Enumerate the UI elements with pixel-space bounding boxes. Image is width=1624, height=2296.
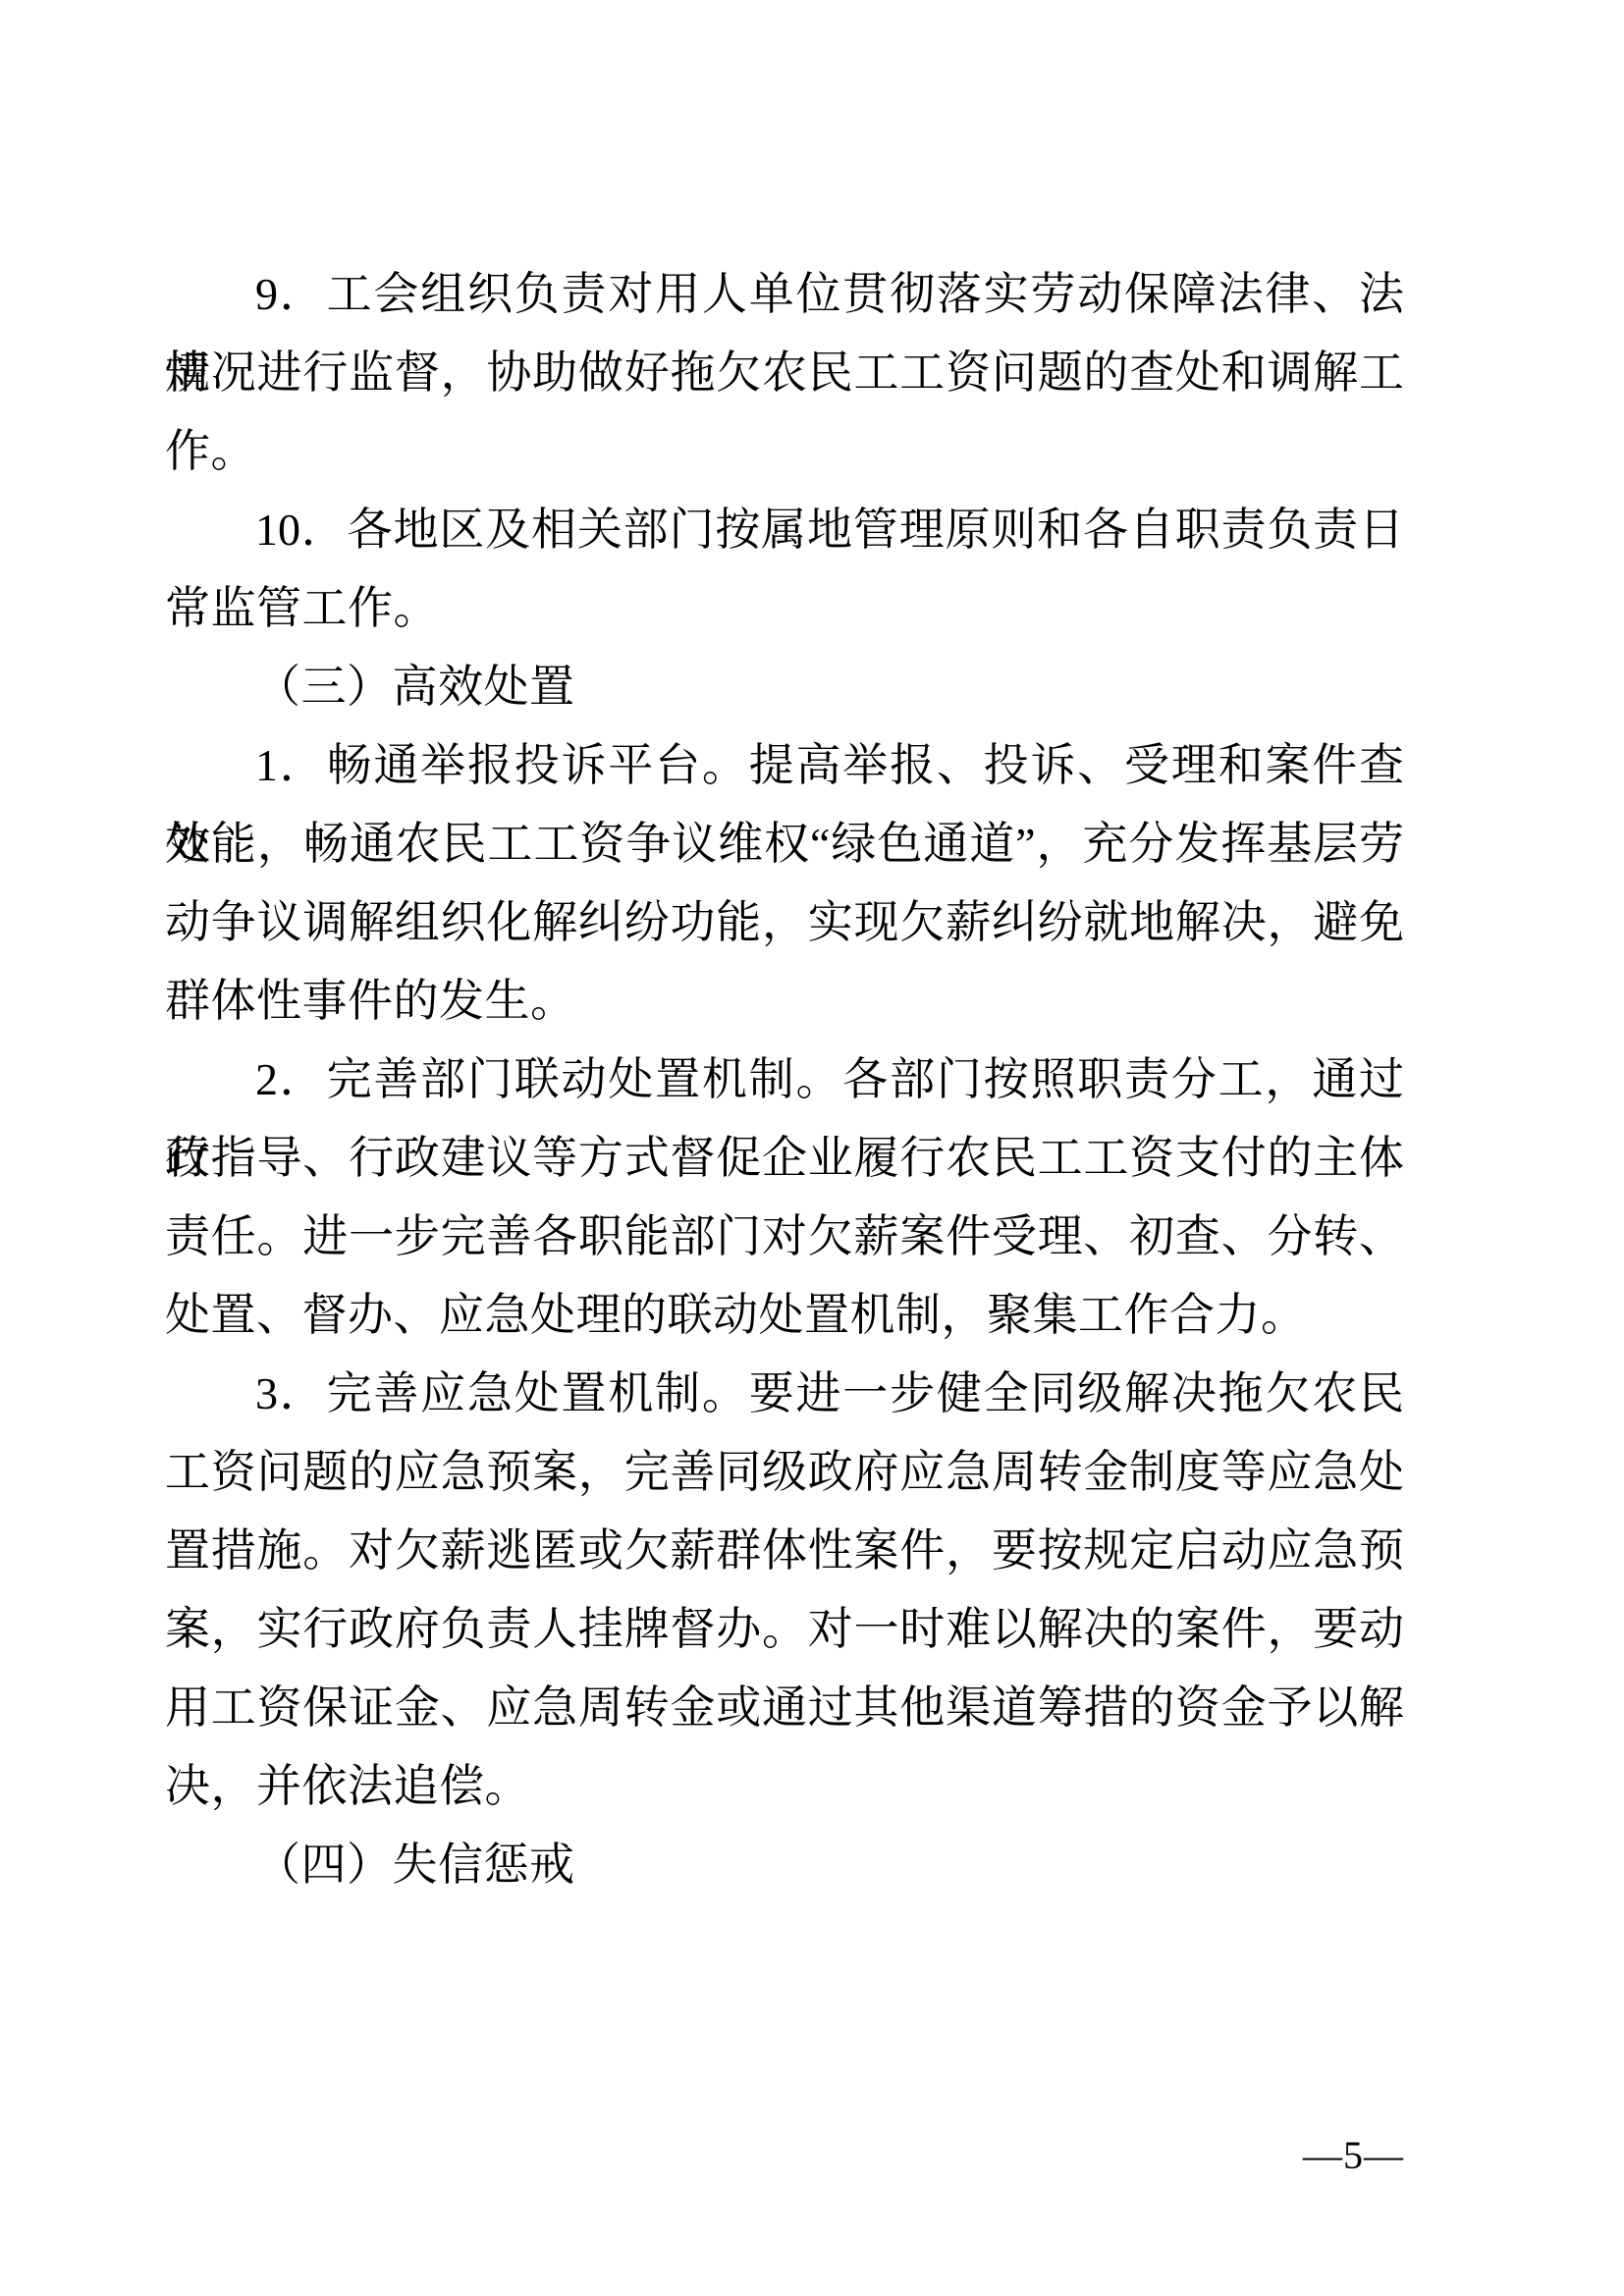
paragraph-line: 置措施。对欠薪逃匿或欠薪群体性案件，要按规定启动应急预 [165,1512,1404,1590]
section-heading-4: （四）失信惩戒 [165,1826,1404,1904]
paragraph-line: 政指导、行政建议等方式督促企业履行农民工工资支付的主体 [165,1119,1404,1198]
document-body: 9．工会组织负责对用人单位贯彻落实劳动保障法律、法规 情况进行监督，协助做好拖欠… [165,255,1404,1904]
paragraph-line: 案，实行政府负责人挂牌督办。对一时难以解决的案件，要动 [165,1590,1404,1669]
paragraph-line: 工资问题的应急预案，完善同级政府应急周转金制度等应急处 [165,1433,1404,1512]
paragraph-line: 处置、督办、应急处理的联动处置机制，聚集工作合力。 [165,1276,1404,1355]
paragraph-line: 2．完善部门联动处置机制。各部门按照职责分工，通过行 [165,1041,1404,1119]
paragraph-line: 3．完善应急处置机制。要进一步健全同级解决拖欠农民工 [165,1355,1404,1433]
paragraph-line: 情况进行监督，协助做好拖欠农民工工资问题的查处和调解工 [165,334,1404,412]
paragraph-line: 决，并依法追偿。 [165,1747,1404,1826]
paragraph-line: 效能，畅通农民工工资争议维权“绿色通道”，充分发挥基层劳 [165,805,1404,883]
document-page: 9．工会组织负责对用人单位贯彻落实劳动保障法律、法规 情况进行监督，协助做好拖欠… [0,0,1624,2296]
paragraph-line: 9．工会组织负责对用人单位贯彻落实劳动保障法律、法规 [165,255,1404,334]
section-heading-3: （三）高效处置 [165,648,1404,726]
paragraph-line: 作。 [165,412,1404,491]
paragraph-line: 群体性事件的发生。 [165,962,1404,1041]
paragraph-line: 1．畅通举报投诉平台。提高举报、投诉、受理和案件查处 [165,726,1404,805]
paragraph-line: 用工资保证金、应急周转金或通过其他渠道筹措的资金予以解 [165,1669,1404,1747]
paragraph-line: 10．各地区及相关部门按属地管理原则和各自职责负责日 [165,491,1404,569]
paragraph-line: 常监管工作。 [165,569,1404,648]
page-number: —5— [1303,2130,1404,2181]
paragraph-line: 动争议调解组织化解纠纷功能，实现欠薪纠纷就地解决，避免 [165,883,1404,962]
paragraph-line: 责任。进一步完善各职能部门对欠薪案件受理、初查、分转、 [165,1198,1404,1276]
